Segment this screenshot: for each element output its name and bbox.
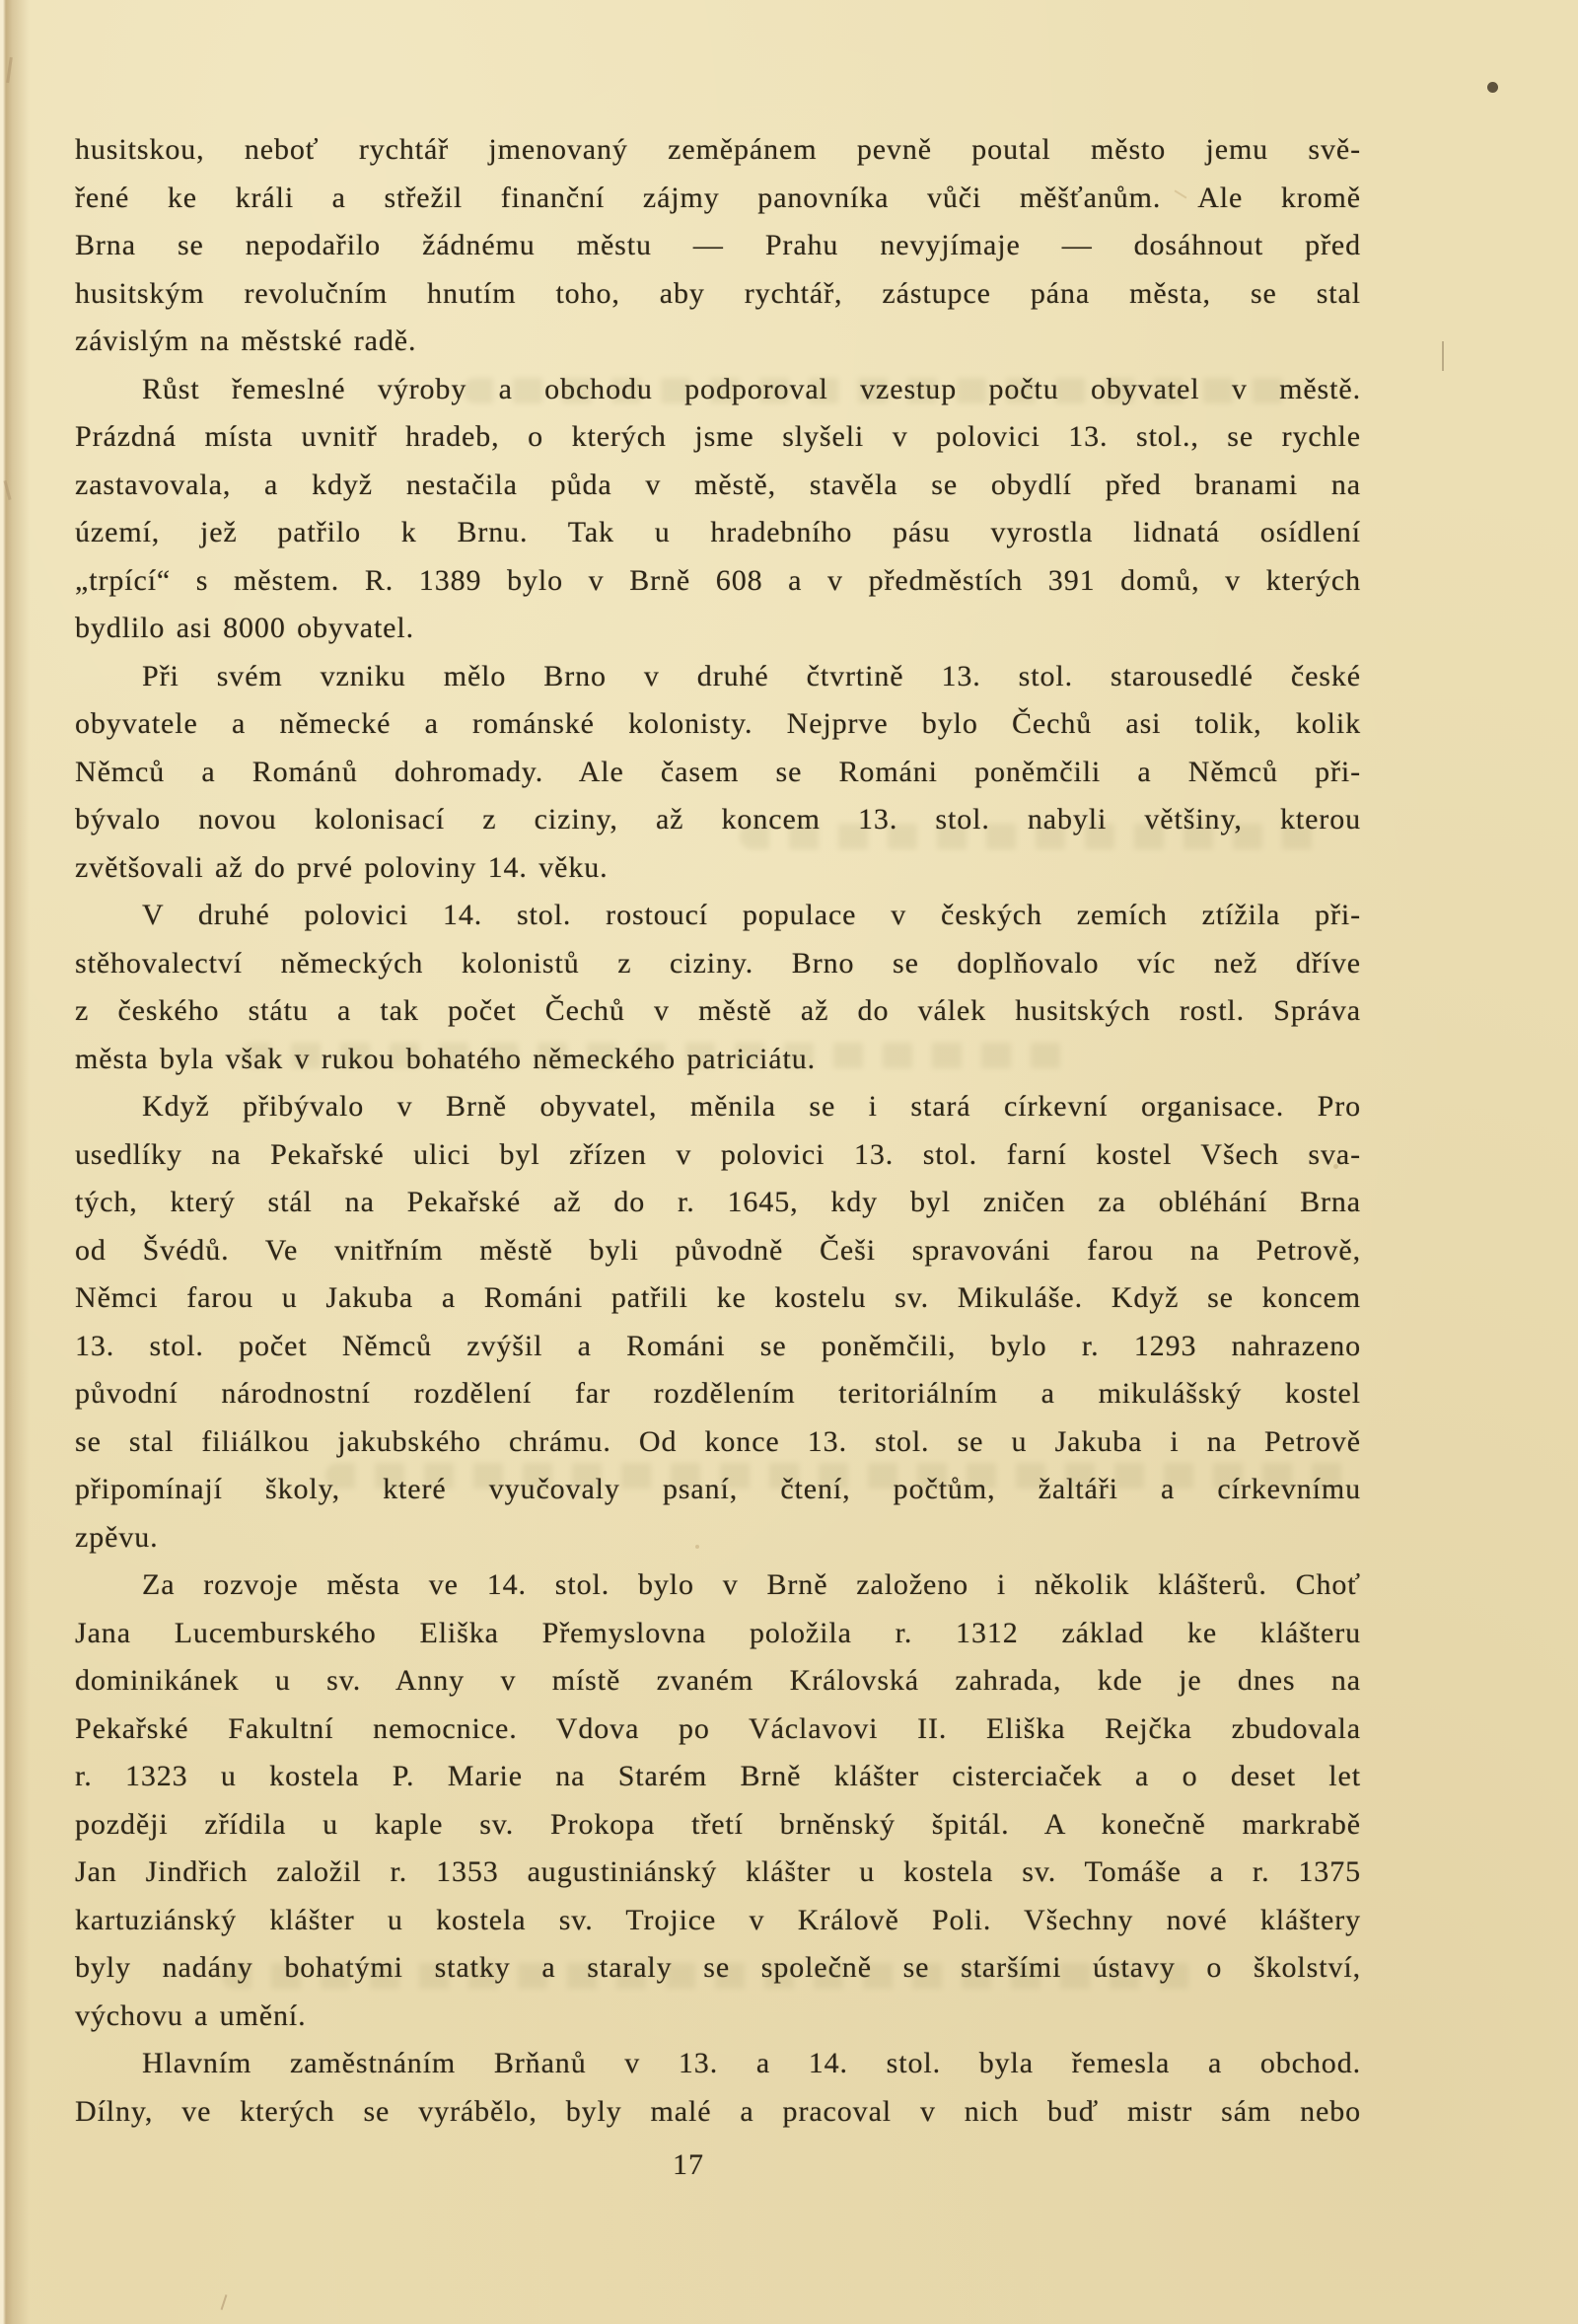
text-line: Při svém vzniku mělo Brno v druhé čtvrti… [75,653,1361,701]
text-line: Za rozvoje města ve 14. stol. bylo v Brn… [75,1561,1361,1610]
text-line: města byla však v rukou bohatého německé… [75,1036,1361,1084]
text-line: později zřídila u kaple sv. Prokopa třet… [75,1801,1361,1850]
text-line: bydlilo asi 8000 obyvatel. [75,605,1361,653]
text-line: byly nadány bohatými statky a staraly se… [75,1944,1361,1993]
page-text: husitskou, neboť rychtář jmenovaný zeměp… [75,126,1361,2136]
text-line: 13. stol. počet Němců zvýšil a Románi se… [75,1323,1361,1371]
text-line: V druhé polovici 14. stol. rostoucí popu… [75,892,1361,940]
text-line: r. 1323 u kostela P. Marie na Starém Brn… [75,1753,1361,1801]
text-line: Pekařské Fakultní nemocnice. Vdova po Vá… [75,1706,1361,1754]
ink-speck [1487,82,1498,93]
paragraph: V druhé polovici 14. stol. rostoucí popu… [75,892,1361,1083]
text-line: kartuziánský klášter u kostela sv. Troji… [75,1897,1361,1945]
text-line: „trpící“ s městem. R. 1389 bylo v Brně 6… [75,557,1361,606]
text-line: od Švédů. Ve vnitřním městě byli původně… [75,1227,1361,1275]
paragraph: Když přibývalo v Brně obyvatel, měnila s… [75,1083,1361,1561]
text-line: Hlavním zaměstnáním Brňanů v 13. a 14. s… [75,2040,1361,2088]
paragraph: husitskou, neboť rychtář jmenovaný zeměp… [75,126,1361,366]
text-line: zvětšovali až do prvé poloviny 14. věku. [75,844,1361,893]
paragraph: Při svém vzniku mělo Brno v druhé čtvrti… [75,653,1361,893]
paragraph: Hlavním zaměstnáním Brňanů v 13. a 14. s… [75,2040,1361,2136]
text-line: tých, který stál na Pekařské až do r. 16… [75,1179,1361,1227]
text-line: Jan Jindřich založil r. 1353 augustinián… [75,1849,1361,1897]
text-line: usedlíky na Pekařské ulici byl zřízen v … [75,1131,1361,1180]
ink-speck [1442,341,1444,371]
text-line: Jana Lucemburského Eliška Přemyslovna po… [75,1610,1361,1658]
text-line: Dílny, ve kterých se vyrábělo, byly malé… [75,2088,1361,2137]
text-line: dominikánek u sv. Anny v místě zvaném Kr… [75,1657,1361,1706]
page-number: 17 [45,2148,1331,2182]
text-line: stěhovalectví německých kolonistů z cizi… [75,940,1361,988]
text-line: husitským revolučním hnutím toho, aby ry… [75,270,1361,319]
text-line: Růst řemeslné výroby a obchodu podporova… [75,366,1361,414]
text-line: původní národnostní rozdělení far rozděl… [75,1370,1361,1418]
text-line: Prázdná místa uvnitř hradeb, o kterých j… [75,413,1361,462]
text-line: zpěvu. [75,1514,1361,1562]
text-line: se stal filiálkou jakubského chrámu. Od … [75,1418,1361,1467]
text-line: závislým na městské radě. [75,318,1361,366]
text-line: řené ke králi a střežil finanční zájmy p… [75,175,1361,223]
text-line: z českého státu a tak počet Čechů v měst… [75,987,1361,1036]
text-line: Když přibývalo v Brně obyvatel, měnila s… [75,1083,1361,1131]
page-gutter-shadow [0,0,30,2324]
text-line: Němci farou u Jakuba a Románi patřili ke… [75,1274,1361,1323]
text-line: husitskou, neboť rychtář jmenovaný zeměp… [75,126,1361,175]
text-line: Němců a Románů dohromady. Ale časem se R… [75,749,1361,797]
book-page: husitskou, neboť rychtář jmenovaný zeměp… [0,0,1578,2324]
text-line: bývalo novou kolonisací z ciziny, až kon… [75,796,1361,844]
text-line: výchovu a umění. [75,1993,1361,2041]
text-line: připomínají školy, které vyučovaly psaní… [75,1466,1361,1514]
text-line: Brna se nepodařilo žádnému městu — Prahu… [75,222,1361,270]
text-line: obyvatele a německé a románské kolonisty… [75,700,1361,749]
paragraph: Za rozvoje města ve 14. stol. bylo v Brn… [75,1561,1361,2040]
paragraph: Růst řemeslné výroby a obchodu podporova… [75,366,1361,653]
text-line: území, jež patřilo k Brnu. Tak u hradebn… [75,509,1361,557]
text-line: zastavovala, a když nestačila půda v měs… [75,462,1361,510]
paper-fiber [221,2294,228,2310]
